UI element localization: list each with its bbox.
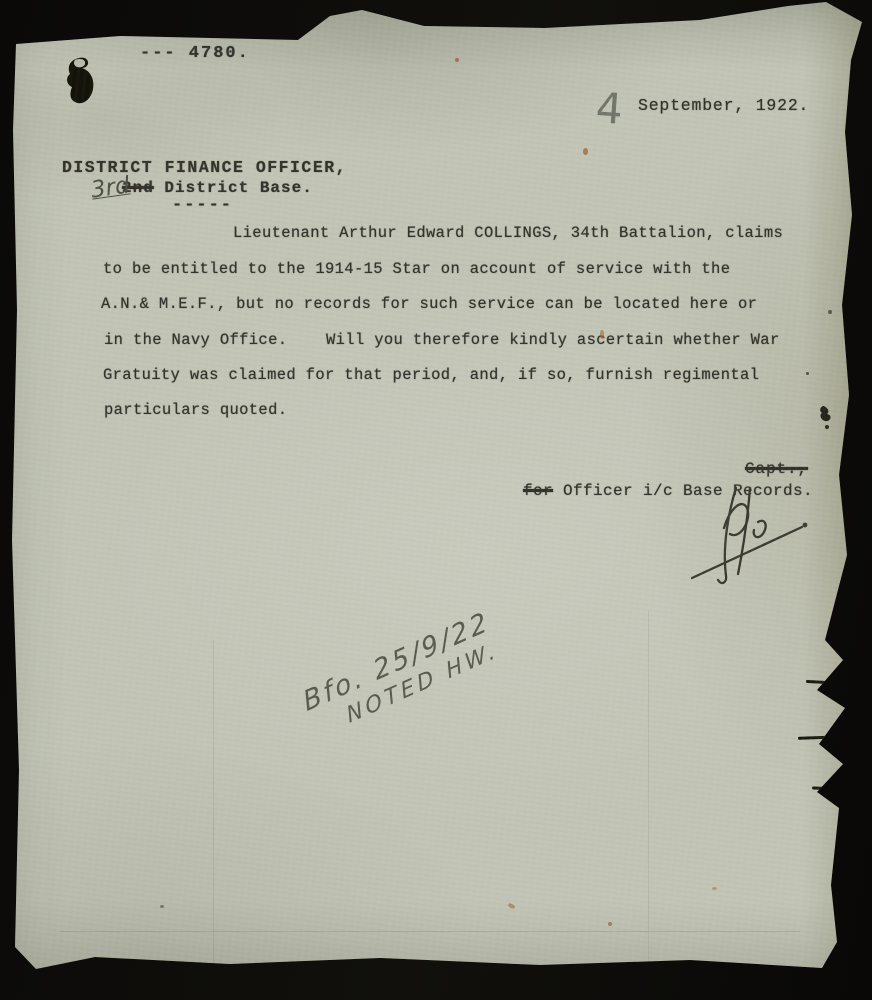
foxing-speck xyxy=(507,903,515,910)
ink-speck xyxy=(828,310,832,314)
addressee-line2-rest: District Base. xyxy=(154,179,313,197)
ink-speck xyxy=(806,372,809,375)
foxing-speck xyxy=(843,572,848,577)
body-line-1: Lieutenant Arthur Edward COLLINGS, 34th … xyxy=(233,224,783,242)
scanned-document-photo: EFM. --- 4780. 4 September, 1922. DISTRI… xyxy=(0,0,872,1000)
foxing-speck xyxy=(712,887,717,890)
foxing-speck xyxy=(583,148,588,155)
typed-date: September, 1922. xyxy=(638,96,809,115)
foxing-speck xyxy=(455,58,459,62)
foxing-speck xyxy=(608,922,612,926)
body-line-4: in the Navy Office. Will you therefore k… xyxy=(104,331,780,349)
file-number: --- 4780. xyxy=(140,44,250,63)
handwritten-date-day: 4 xyxy=(594,83,624,134)
torn-edge-crack xyxy=(812,786,846,790)
torn-edge-crack xyxy=(798,735,846,740)
letter-paper: EFM. --- 4780. 4 September, 1922. DISTRI… xyxy=(0,0,872,1000)
torn-edge-crack xyxy=(806,680,848,685)
edge-ink-mark xyxy=(815,405,837,431)
body-line-6: particulars quoted. xyxy=(104,401,287,419)
body-line-5: Gratuity was claimed for that period, an… xyxy=(103,366,759,384)
paper-crease xyxy=(648,610,649,970)
struck-for: for xyxy=(523,482,553,500)
body-line-2: to be entitled to the 1914-15 Star on ac… xyxy=(103,260,730,278)
paper-crease xyxy=(213,640,214,970)
pencil-annotation: Bfo. 25/9/22 NOTED HW. xyxy=(300,606,501,745)
struck-rank-capt: Capt., xyxy=(745,460,808,478)
addressee-line1: DISTRICT FINANCE OFFICER, xyxy=(62,158,347,177)
handwritten-signature xyxy=(672,482,827,590)
reference-initials: EFM. xyxy=(48,26,87,42)
paper-crease xyxy=(60,931,800,932)
addressee-underline: ----- xyxy=(172,196,233,215)
addressee-line2: 2nd District Base. xyxy=(122,179,313,197)
foxing-speck xyxy=(160,905,164,908)
handwritten-3rd-correction: 3rd xyxy=(89,172,131,203)
body-line-3: A.N.& M.E.F., but no records for such se… xyxy=(101,295,757,313)
ink-blot xyxy=(62,56,104,110)
